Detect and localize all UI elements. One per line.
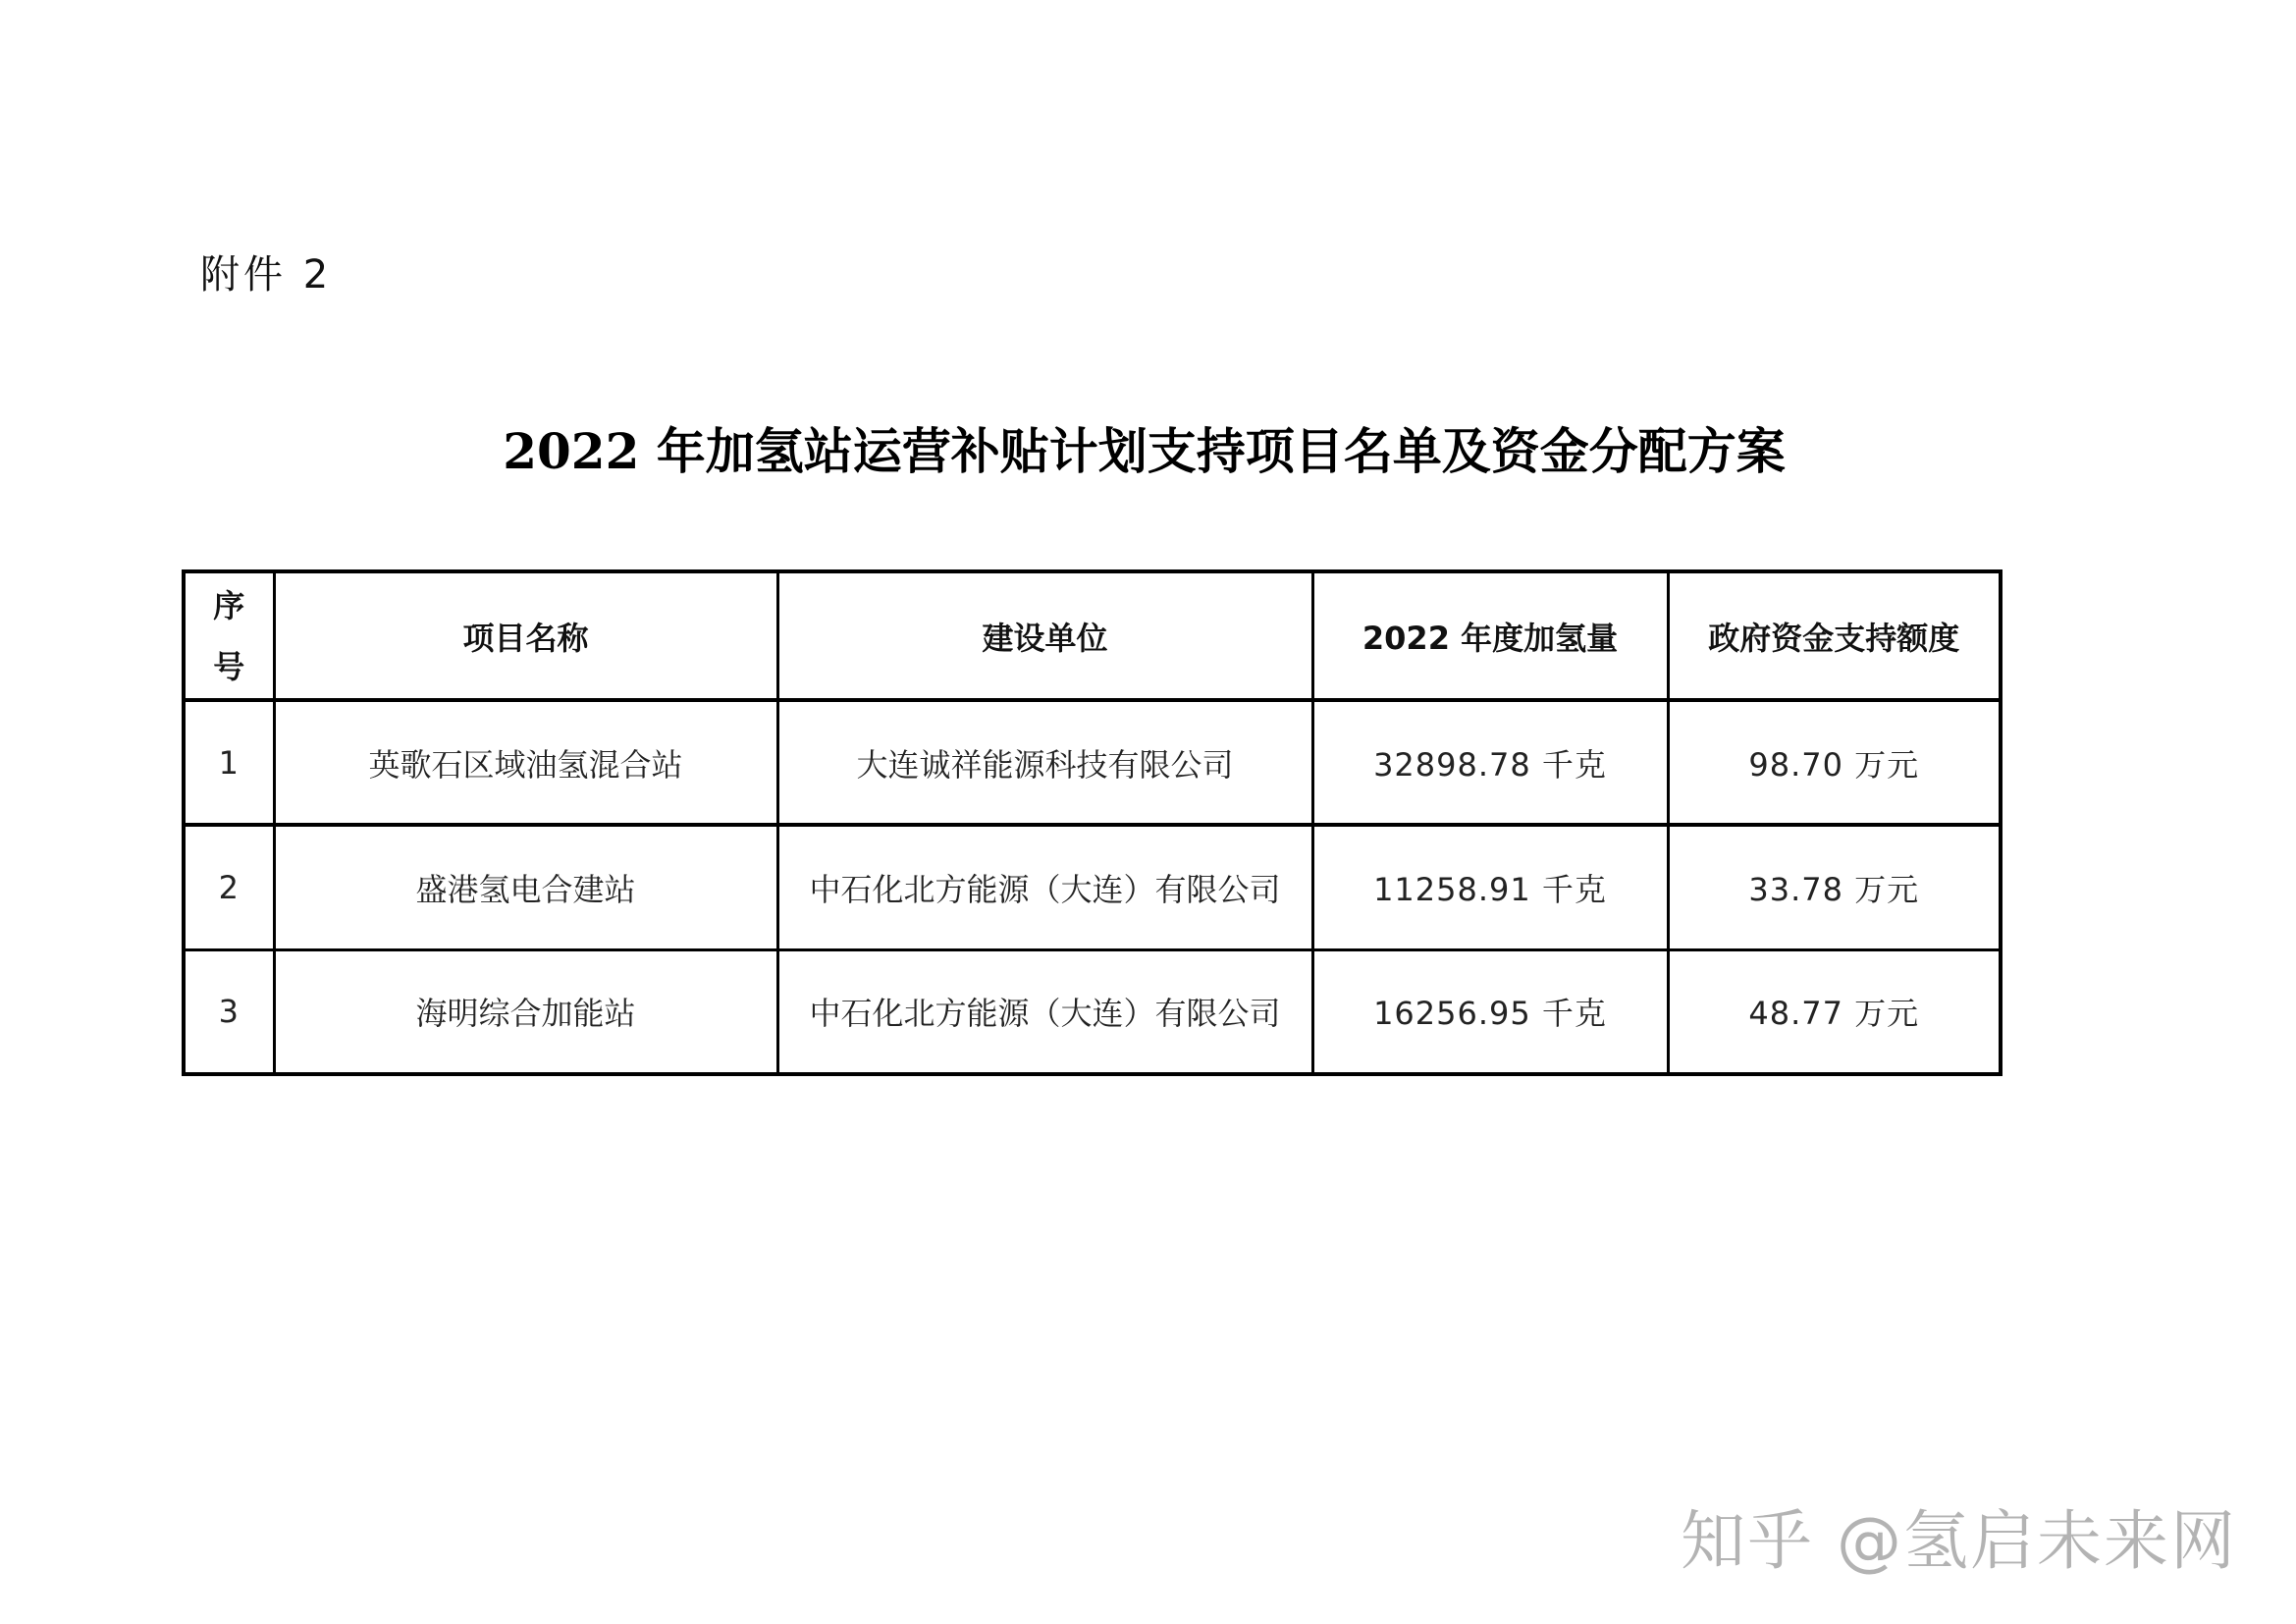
table-row: 2 盛港氢电合建站 中石化北方能源（大连）有限公司 11258.91 千克 33… — [184, 825, 2001, 949]
header-hydrogen-volume: 2022 年度加氢量 — [1312, 571, 1668, 700]
cell-subsidy: 98.70 万元 — [1668, 700, 2001, 825]
header-builder: 建设单位 — [777, 571, 1312, 700]
attachment-label: 附件 2 — [200, 247, 332, 302]
cell-seq: 1 — [184, 700, 274, 825]
cell-subsidy: 48.77 万元 — [1668, 949, 2001, 1074]
table-header-row: 序号 项目名称 建设单位 2022 年度加氢量 政府资金支持额度 — [184, 571, 2001, 700]
cell-hydrogen-volume: 11258.91 千克 — [1312, 825, 1668, 949]
table-row: 1 英歌石区域油氢混合站 大连诚祥能源科技有限公司 32898.78 千克 98… — [184, 700, 2001, 825]
cell-project-name: 英歌石区域油氢混合站 — [274, 700, 777, 825]
table-row: 3 海明综合加能站 中石化北方能源（大连）有限公司 16256.95 千克 48… — [184, 949, 2001, 1074]
cell-builder: 中石化北方能源（大连）有限公司 — [777, 825, 1312, 949]
cell-seq: 3 — [184, 949, 274, 1074]
cell-seq: 2 — [184, 825, 274, 949]
cell-project-name: 海明综合加能站 — [274, 949, 777, 1074]
cell-hydrogen-volume: 16256.95 千克 — [1312, 949, 1668, 1074]
document-title-text: 2022 年加氢站运营补贴计划支持项目名单及资金分配方案 — [503, 420, 1786, 483]
cell-subsidy: 33.78 万元 — [1668, 825, 2001, 949]
header-seq: 序号 — [184, 571, 274, 700]
allocation-table: 序号 项目名称 建设单位 2022 年度加氢量 政府资金支持额度 1 英歌石区域… — [182, 569, 2002, 1076]
cell-project-name: 盛港氢电合建站 — [274, 825, 777, 949]
header-subsidy: 政府资金支持额度 — [1668, 571, 2001, 700]
cell-hydrogen-volume: 32898.78 千克 — [1312, 700, 1668, 825]
header-project-name: 项目名称 — [274, 571, 777, 700]
cell-builder: 中石化北方能源（大连）有限公司 — [777, 949, 1312, 1074]
cell-builder: 大连诚祥能源科技有限公司 — [777, 700, 1312, 825]
document-title: 2022 年加氢站运营补贴计划支持项目名单及资金分配方案 — [0, 420, 2296, 483]
zhihu-watermark: 知乎 @氢启未来网 — [1681, 1502, 2237, 1581]
